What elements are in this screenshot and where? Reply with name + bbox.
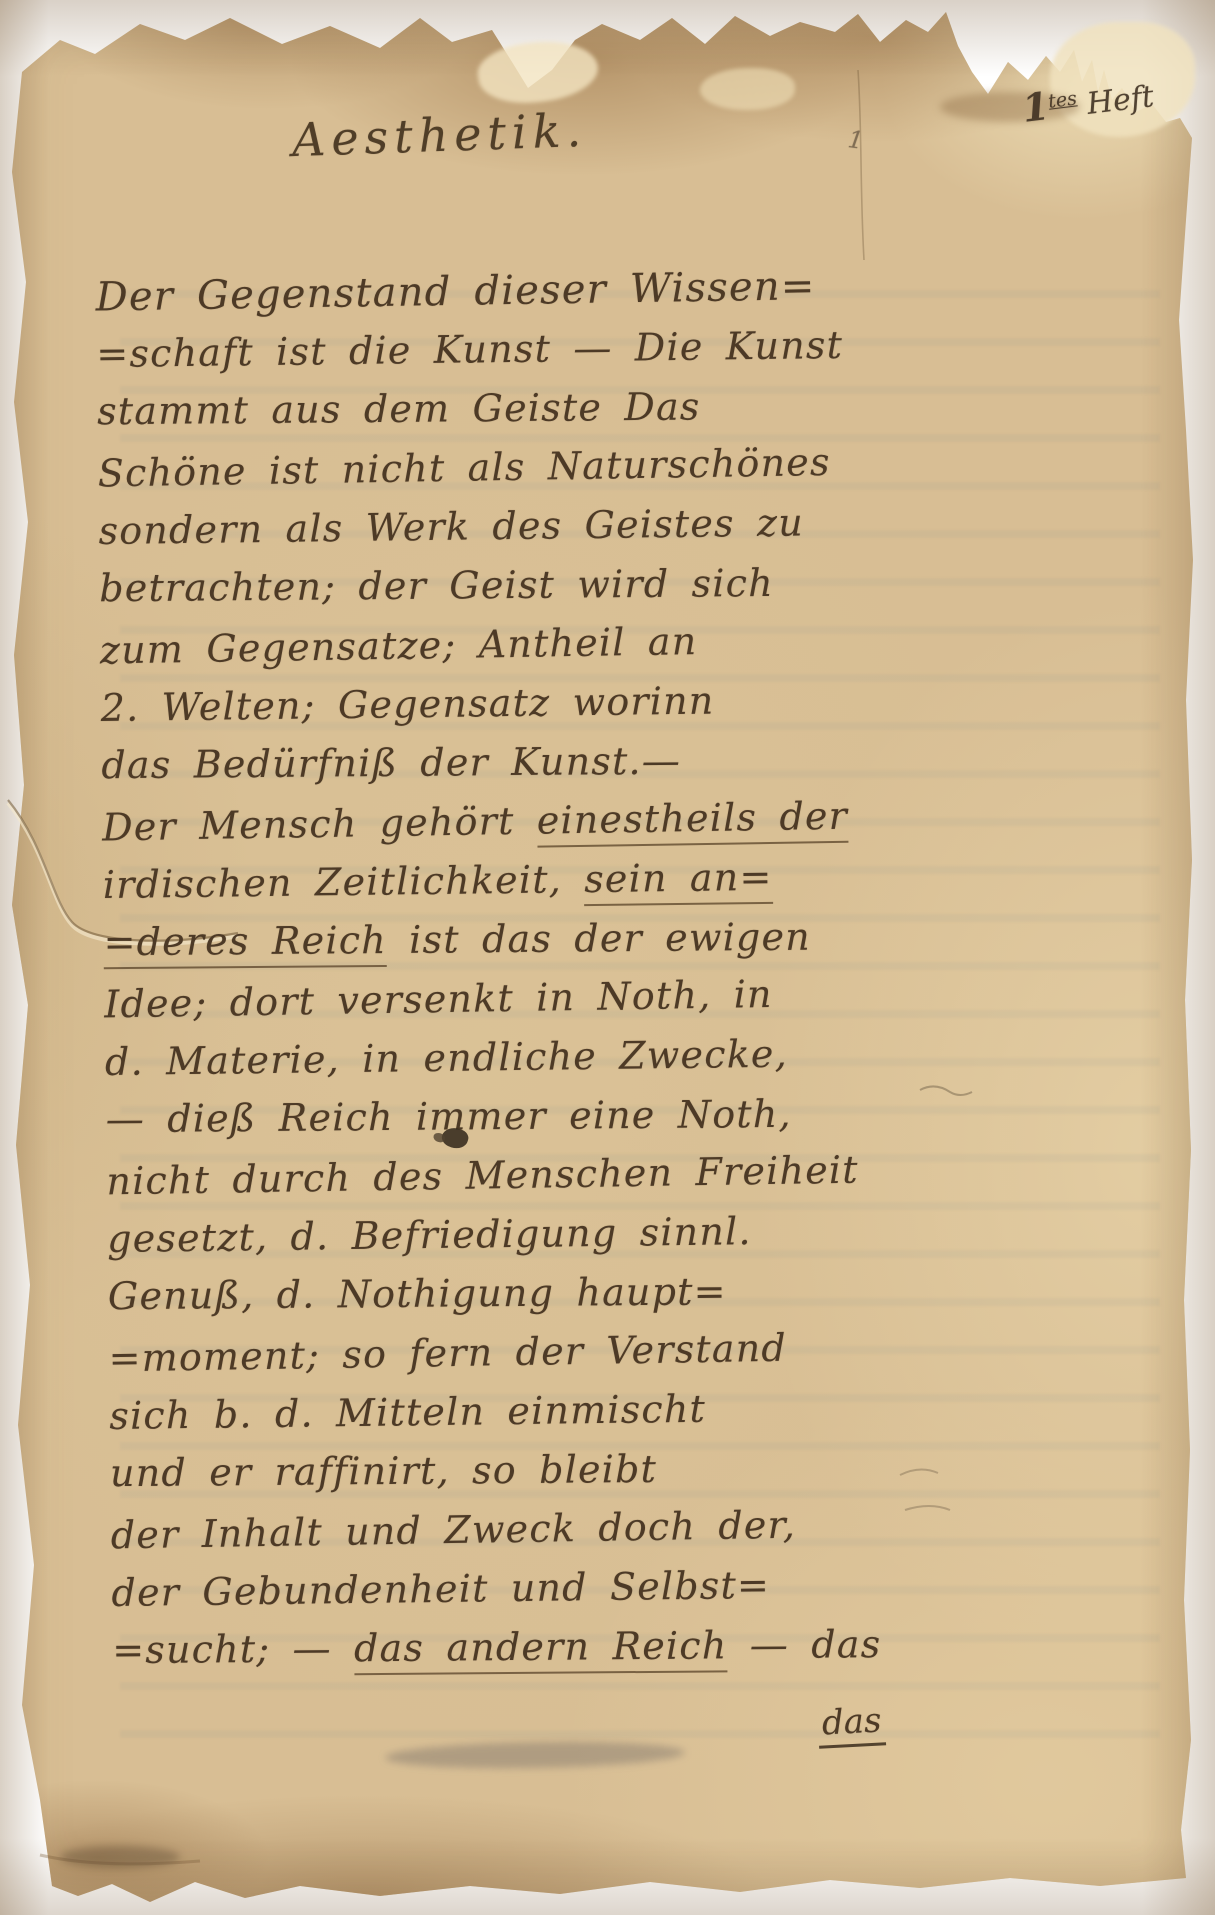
manuscript-lines: Der Gegenstand dieser Wissen==schaft ist… [95,263,932,1689]
text-segment: — das [727,1622,881,1667]
text-segment: nicht durch des Menschen Freiheit [106,1148,859,1204]
manuscript-line: =deres Reich ist das der ewigen [103,914,923,979]
manuscript-line: und er raffinirt, so bleibt [110,1445,930,1510]
text-segment: betrachten; der Geist wird sich [99,561,774,610]
text-segment: stammt aus dem Geiste Das [97,385,701,434]
text-segment: zum Gegensatze; Antheil an [100,619,698,672]
manuscript-line: sondern als Werk des Geistes zu [98,499,919,568]
manuscript-line: d. Materie, in endliche Zwecke, [105,1030,926,1099]
underlined-text: das andern Reich [354,1623,728,1675]
corner-note-word: Heft [1085,79,1156,122]
text-segment: ist das der ewigen [387,915,811,962]
manuscript-line: Genuß, d. Nothigung haupt= [108,1268,928,1333]
scanned-manuscript-page: { "document": { "title": "Aesthetik.", "… [0,0,1215,1915]
manuscript-line: das Bedürfniß der Kunst.— [101,737,921,802]
manuscript-line: gesetzt, d. Befriedigung sinnl. [107,1207,928,1276]
underlined-text: =deres Reich [103,918,387,969]
text-segment: =moment; so fern der Verstand [108,1326,787,1381]
manuscript-line: sich b. d. Mitteln einmischt [109,1384,930,1453]
text-segment: der Inhalt und Zweck doch der, [110,1503,796,1558]
manuscript-line: der Gebundenheit und Selbst= [111,1561,932,1630]
manuscript-line: betrachten; der Geist wird sich [99,560,919,625]
text-segment: =sucht; — [112,1626,354,1672]
text-segment: das Bedürfniß der Kunst.— [101,739,681,788]
text-segment: Idee; dort versenkt in Noth, in [104,972,773,1026]
text-segment: Der Gegenstand dieser Wissen= [95,263,816,320]
text-segment: Der Mensch gehört [102,799,537,850]
catchword: das [817,1700,887,1748]
text-segment: sich b. d. Mitteln einmischt [109,1387,706,1438]
underlined-text: einestheils der [536,794,848,848]
text-segment: Schöne ist nicht als Naturschönes [97,440,830,496]
text-segment: irdischen Zeitlichkeit, [103,857,585,907]
manuscript-line: — dieß Reich immer eine Noth, [106,1091,926,1156]
text-segment: Genuß, d. Nothigung haupt= [108,1269,727,1318]
edge-stain [60,1846,180,1868]
corner-note-superscript: tes [1047,87,1078,112]
page-title: Aesthetik. [291,103,588,167]
text-segment: 2. Welten; Gegensatz worinn [100,679,714,730]
text-segment: und er raffinirt, so bleibt [110,1447,657,1495]
underlined-text: sein an= [584,855,773,906]
manuscript-line: =schaft ist die Kunst — Die Kunst [96,322,917,391]
manuscript-line: irdischen Zeitlichkeit, sein an= [103,853,924,922]
manuscript-line: 2. Welten; Gegensatz worinn [100,676,921,745]
manuscript-line: =sucht; — das andern Reich — das [112,1622,932,1687]
manuscript-line: stammt aus dem Geiste Das [97,383,917,448]
